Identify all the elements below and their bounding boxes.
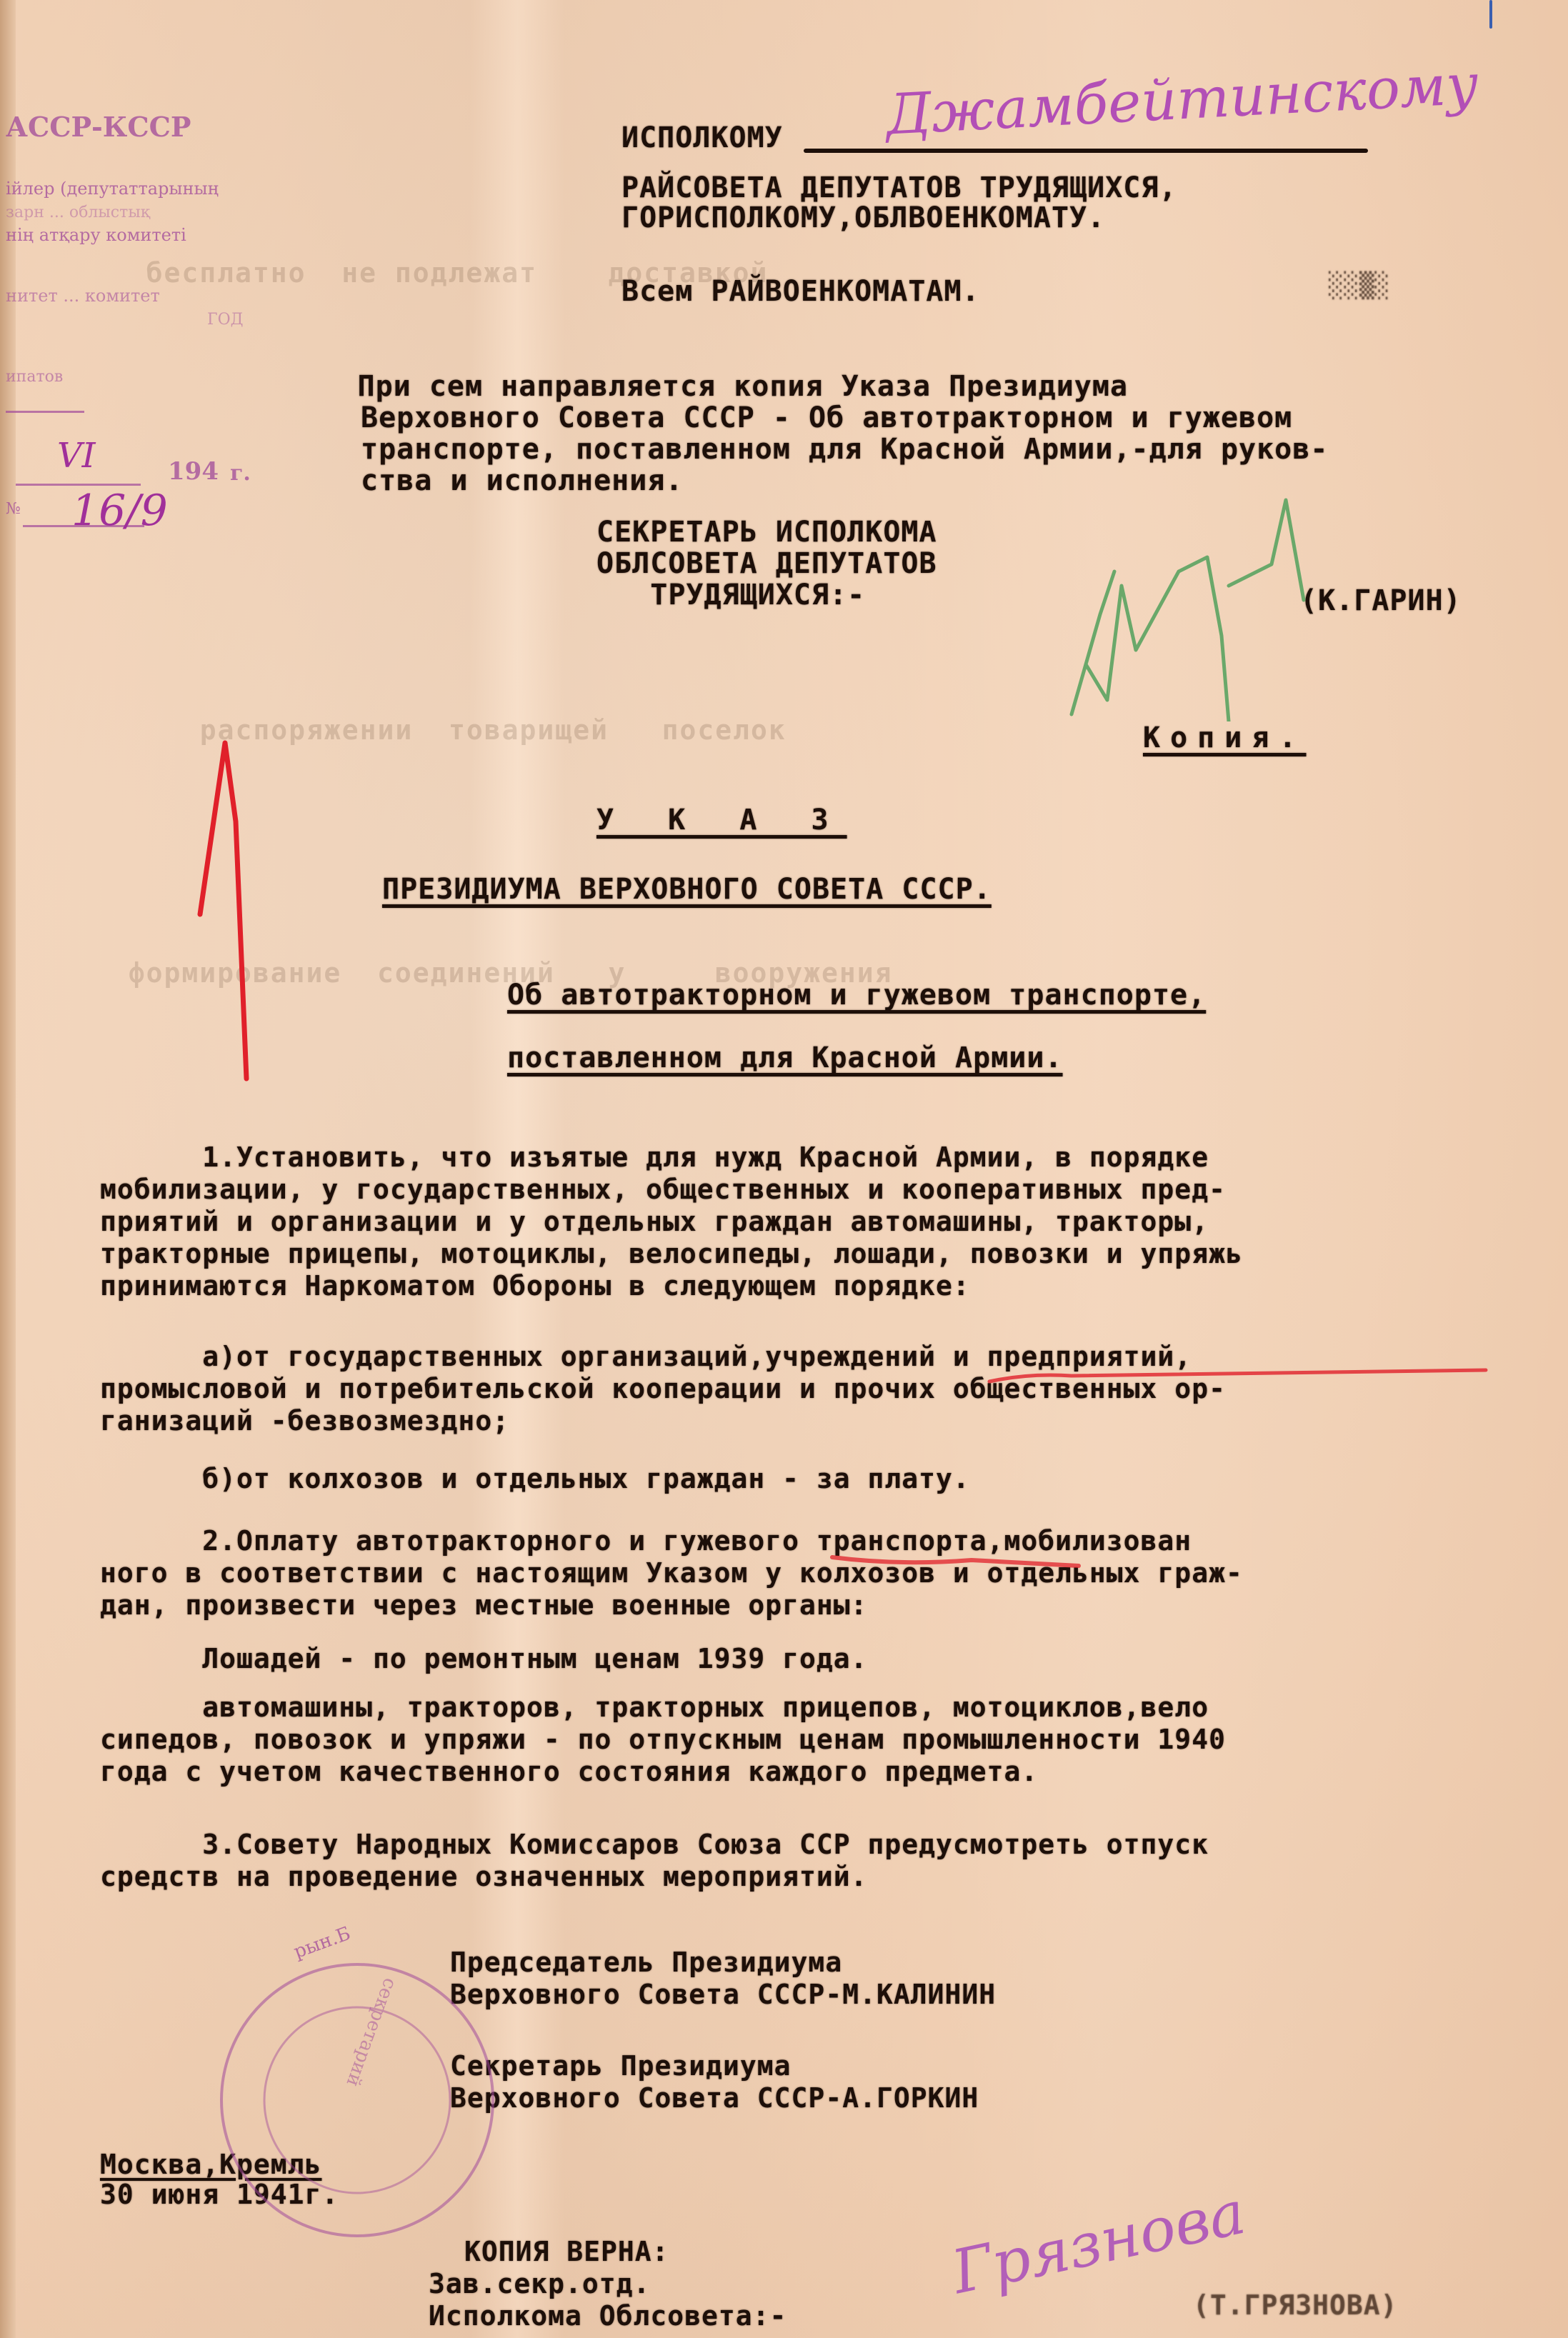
stamp-line: АССР-КССР — [6, 111, 191, 143]
certifier-name: (Т.ГРЯЗНОВА) — [1193, 2289, 1398, 2321]
red-underline-icon — [986, 1366, 1500, 1387]
item-a-line: ганизаций -безвозмездно; — [100, 1405, 509, 1437]
stamp-line: ипатов — [6, 368, 63, 386]
horses-price-line: Лошадей - по ремонтным ценам 1939 года. — [100, 1643, 868, 1674]
handwritten-addressee: Джамбейтинскому — [884, 52, 1480, 147]
paragraph-1-line: 1.Установить, что изъятые для нужд Красн… — [100, 1141, 1209, 1173]
paragraph-3-line: средств на проведение означенных меропри… — [100, 1861, 868, 1892]
cover-letter-line: транспорте, поставленном для Красной Арм… — [361, 433, 1328, 466]
stamp-line: ГОД — [207, 311, 244, 329]
ink-smudge: ░░▒░ — [1329, 271, 1390, 300]
paragraph-1-line: принимаются Наркоматом Обороны в следующ… — [100, 1270, 970, 1302]
handwritten-month: VI — [57, 436, 96, 476]
copy-mark: Копия. — [1143, 721, 1307, 754]
cover-letter-line: Верховного Совета СССР - Об автотракторн… — [361, 401, 1292, 434]
handwritten-signature: Грязнова — [946, 2177, 1251, 2307]
signature-title: СЕКРЕТАРЬ ИСПОЛКОМА — [596, 516, 937, 549]
cover-letter-line: При сем направляется копия Указа Президи… — [250, 370, 1128, 403]
addressee-underline — [804, 149, 1368, 153]
addressee-line: Всем РАЙВОЕНКОМАТАМ. — [621, 275, 980, 308]
green-signature-icon — [1057, 486, 1429, 721]
vehicles-price-line: года с учетом качественного состояния ка… — [100, 1756, 1038, 1787]
blue-pen-mark — [1489, 0, 1492, 29]
stamp-year-suffix: г. — [230, 461, 251, 486]
red-pencil-mark-icon — [186, 729, 286, 1086]
addressee-line: ГОРИСПОЛКОМУ,ОБЛВОЕНКОМАТУ. — [621, 201, 1105, 234]
signature-title: ТРУДЯЩИХСЯ:- — [596, 579, 865, 611]
signature-title: ОБЛСОВЕТА ДЕПУТАТОВ — [596, 547, 937, 580]
vehicles-price-line: сипедов, повозок и упряжи - по отпускным… — [100, 1724, 1226, 1755]
decree-topic: Об автотракторном и гужевом транспорте, — [507, 979, 1206, 1011]
stamp-number-label: № — [6, 500, 21, 518]
stamp-line: зарн ... облыстық — [6, 204, 150, 221]
decree-subtitle: ПРЕЗИДИУМА ВЕРХОВНОГО СОВЕТА СССР. — [382, 873, 992, 906]
vehicles-price-line: автомашины, тракторов, тракторных прицеп… — [100, 1692, 1209, 1723]
addressee-line: РАЙСОВЕТА ДЕПУТАТОВ ТРУДЯЩИХСЯ, — [621, 171, 1177, 204]
paper-edge — [0, 0, 16, 2338]
decree-topic: поставленном для Красной Армии. — [507, 1041, 1063, 1074]
stamp-year: 194 — [168, 457, 219, 486]
item-b-line: б)от колхозов и отдельных граждан - за п… — [100, 1463, 970, 1494]
handwritten-reg-number: 16/9 — [71, 486, 168, 536]
paragraph-3-line: 3.Совету Народных Комиссаров Союза ССР п… — [100, 1829, 1209, 1860]
addressee-label: ИСПОЛКОМУ — [621, 121, 783, 154]
paragraph-1-line: тракторные прицепы, мотоциклы, велосипед… — [100, 1238, 1243, 1269]
stamp-rule — [6, 411, 84, 413]
stamp-line: нитет ... комитет — [6, 286, 160, 306]
stamp-line: нің атқару комитеті — [6, 225, 186, 245]
decree-title: У К А З — [596, 804, 847, 836]
certification-line: КОПИЯ ВЕРНА: — [464, 2236, 669, 2267]
cover-letter-line: ства и исполнения. — [361, 464, 683, 497]
paragraph-1-line: приятий и организации и у отдельных граж… — [100, 1206, 1209, 1237]
certification-line: Исполкома Облсовета:- — [429, 2300, 787, 2332]
paragraph-2-line: дан, произвести через местные военные ор… — [100, 1589, 868, 1621]
paragraph-1-line: мобилизации, у государственных, обществе… — [100, 1174, 1226, 1205]
certification-line: Зав.секр.отд. — [429, 2268, 650, 2299]
red-underline-icon — [829, 1550, 1086, 1572]
stamp-line: ійлер (депутаттарының — [6, 179, 219, 199]
